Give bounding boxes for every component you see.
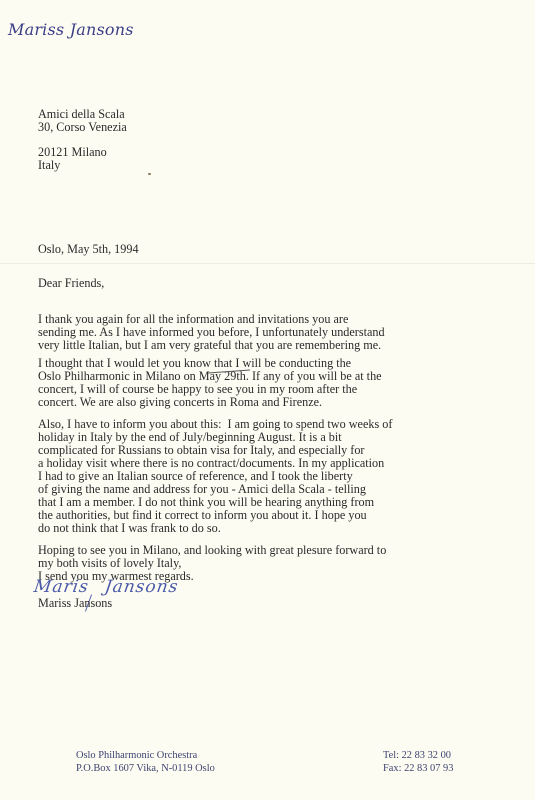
paper-fold-line	[0, 263, 535, 264]
recipient-line-2: 30, Corso Venezia	[38, 121, 127, 134]
signature-last: Jansons	[103, 577, 179, 597]
paragraph-3: Also, I have to inform you about this: I…	[38, 418, 392, 535]
paragraph-1: I thank you again for all the informatio…	[38, 313, 385, 352]
paragraph-2: I thought that I would let you know that…	[38, 357, 382, 409]
signature-first: Maris	[33, 577, 91, 597]
letterhead-name: Mariss Jansons	[8, 20, 134, 39]
footer-postal: P.O.Box 1607 Vika, N-0119 Oslo	[76, 762, 215, 775]
footer-fax: Fax: 22 83 07 93	[383, 762, 453, 775]
recipient-line-4: Italy	[38, 159, 127, 172]
paper-speck	[148, 173, 151, 175]
footer-org: Oslo Philharmonic Orchestra	[76, 749, 215, 762]
letter-date: Oslo, May 5th, 1994	[38, 243, 139, 256]
recipient-address: Amici della Scala 30, Corso Venezia 2012…	[38, 108, 127, 172]
footer-address: Oslo Philharmonic Orchestra P.O.Box 1607…	[76, 749, 215, 775]
typed-signature-name: Mariss Jansons	[38, 597, 112, 610]
salutation: Dear Friends,	[38, 277, 104, 290]
footer-tel: Tel: 22 83 32 00	[383, 749, 453, 762]
handwritten-signature: MarisJansons	[33, 577, 180, 597]
footer-contact: Tel: 22 83 32 00 Fax: 22 83 07 93	[383, 749, 453, 775]
